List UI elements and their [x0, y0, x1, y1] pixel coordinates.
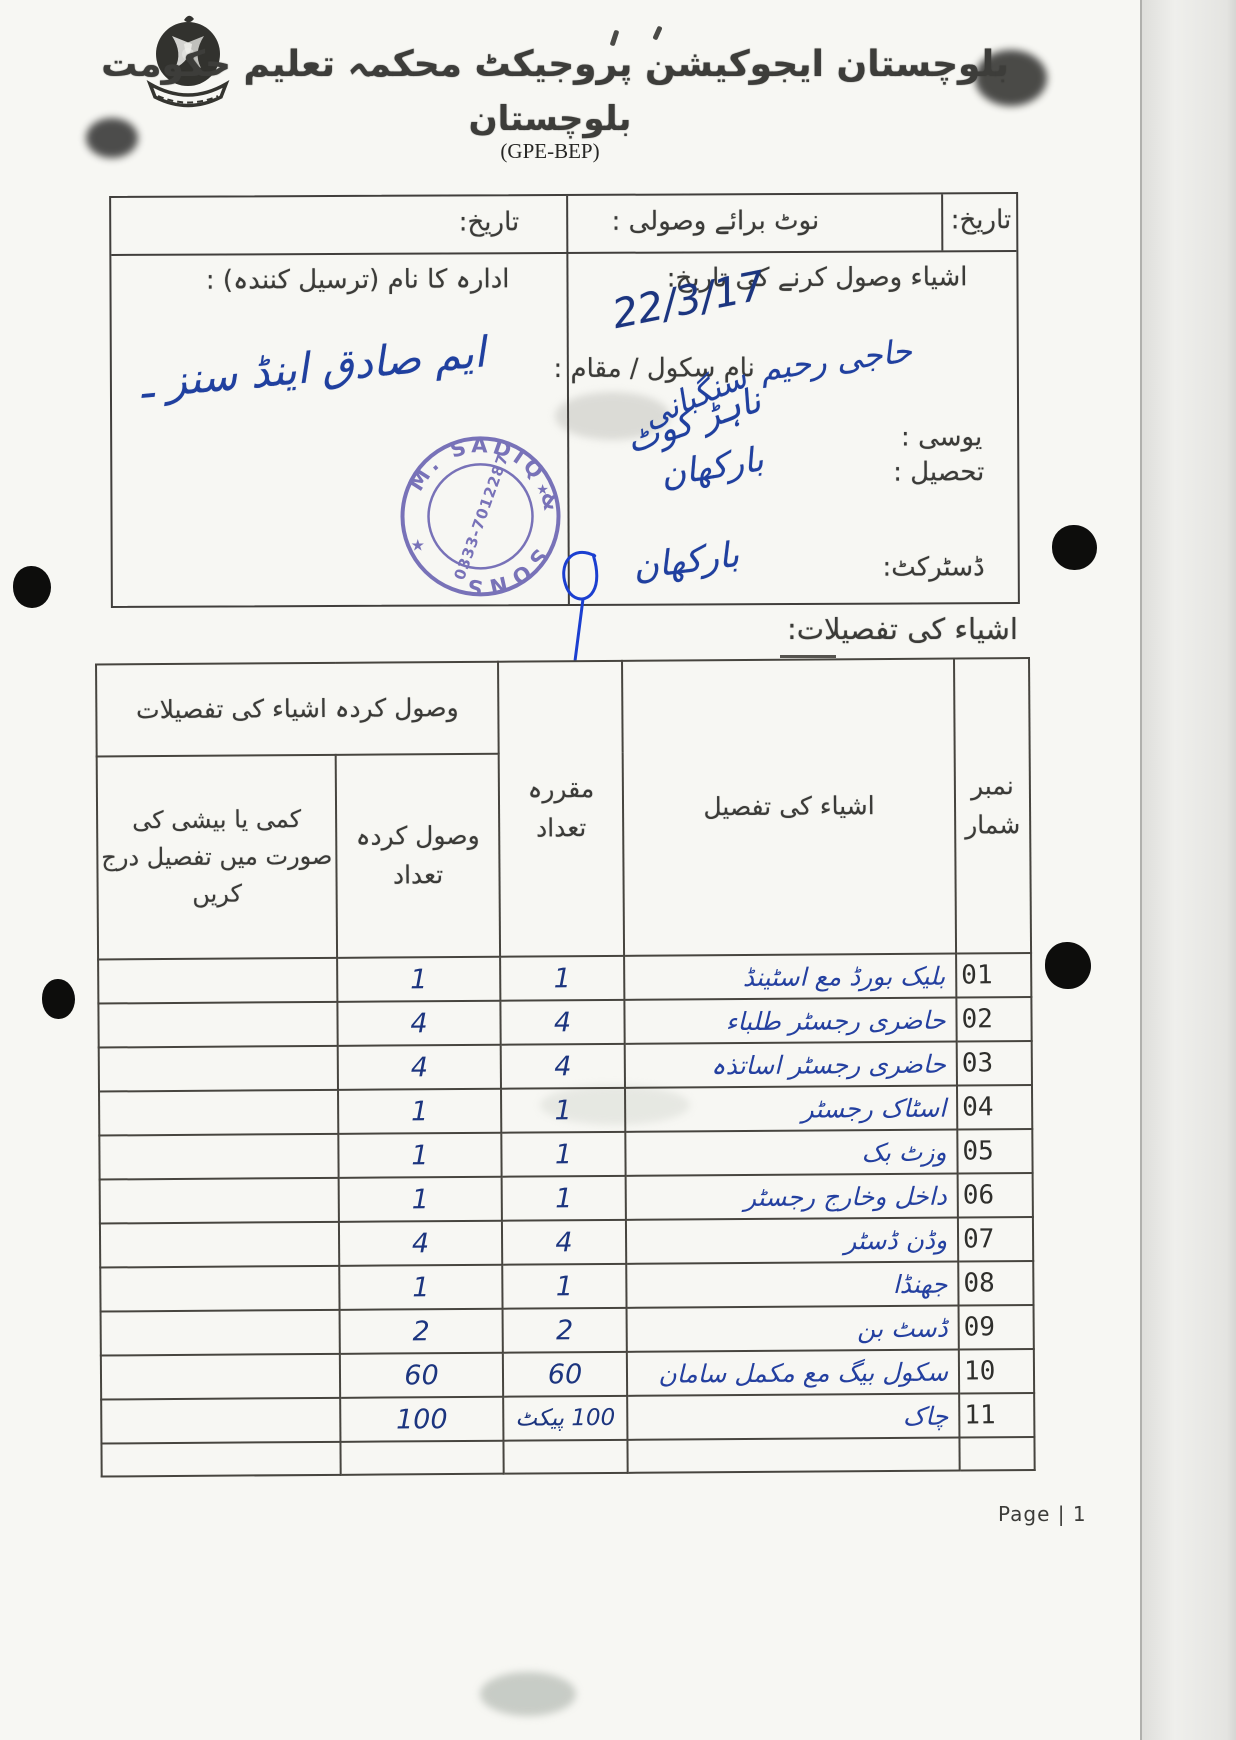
received-qty-value: 4: [339, 1221, 502, 1266]
note-value: [100, 1266, 339, 1312]
item-name-handwritten: بلیک بورڈ مع اسٹینڈ: [624, 954, 956, 1000]
note-value: [101, 1310, 340, 1356]
header-received-qty: وصول کردہ تعداد: [336, 754, 500, 958]
serial-number: 09: [959, 1305, 1034, 1350]
received-qty-value: 60: [340, 1353, 503, 1398]
corner-date-label: تاریخ:: [947, 205, 1011, 235]
serial-number: 04: [957, 1085, 1032, 1130]
pen-scribble-mark: [551, 542, 616, 664]
sender-label: ادارہ کا نام (ترسیل کنندہ) :: [169, 260, 509, 300]
serial-number: 05: [957, 1129, 1032, 1174]
serial-number: 08: [958, 1261, 1033, 1306]
fixed-qty-value: 1: [500, 956, 624, 1001]
sadiq-and-sons-stamp: M. SADIQ & SONS 0333-7012287 ★ ★: [394, 430, 567, 603]
serial-number: [959, 1437, 1034, 1471]
header-received-group: وصول کردہ اشیاء کی تفصیلات: [96, 662, 499, 757]
item-name-handwritten: وڈن ڈسٹر: [626, 1218, 958, 1264]
uc-label: یوسی :: [890, 422, 982, 452]
received-qty-value: [340, 1441, 503, 1475]
fixed-qty-value: 1: [501, 1132, 625, 1177]
serial-number: 02: [956, 997, 1031, 1042]
punch-hole-dot: [13, 566, 51, 608]
district-label: ڈسٹرکٹ:: [845, 552, 985, 583]
serial-number: 07: [958, 1217, 1033, 1262]
stamp-star-left: ★: [411, 536, 425, 555]
header-serial: نمبر شمار: [954, 658, 1031, 954]
sender-handwritten: ایم صادق اینڈ سنز ـ: [138, 327, 487, 407]
table-row: 1 1 جھنڈا 08: [100, 1261, 1033, 1312]
received-qty-value: 4: [337, 1001, 500, 1046]
document-title-line2: بلوچستان: [400, 99, 700, 139]
note-value: [99, 1046, 338, 1092]
table-row: 100 100 پیکٹ چاک 11: [101, 1393, 1034, 1444]
received-qty-value: 1: [338, 1089, 501, 1134]
item-name-handwritten: سکول بیگ مع مکمل سامان: [627, 1350, 959, 1396]
table-row-empty: [101, 1437, 1034, 1477]
table-row: 4 4 حاضری رجسٹر طلباء 02: [98, 997, 1031, 1048]
note-value: [100, 1178, 339, 1224]
received-qty-value: 1: [339, 1177, 502, 1222]
punch-hole-dot: [1045, 942, 1091, 989]
fixed-qty-value: 1: [502, 1264, 626, 1309]
stray-mark: [652, 26, 662, 41]
school-name-handwritten-1: حاجی رحیم: [758, 331, 914, 388]
note-value: [99, 1090, 338, 1136]
item-name-handwritten: وزٹ بک: [625, 1130, 957, 1176]
scan-edge-band: [1142, 0, 1236, 1740]
note-value: [99, 1134, 338, 1180]
page-number-label: Page | 1: [998, 1502, 1087, 1526]
table-row: 60 60 سکول بیگ مع مکمل سامان 10: [101, 1349, 1034, 1400]
table-row: 1 1 اسٹاک رجسٹر 04: [99, 1085, 1032, 1136]
note-value: [101, 1442, 340, 1477]
scanned-document-page: بلوچستان ایجوکیشن پروجیکٹ محکمہ تعلیم حک…: [0, 0, 1236, 1740]
info-row-divider: [111, 250, 1016, 256]
fixed-qty-value: 4: [501, 1044, 625, 1089]
serial-number: 10: [959, 1349, 1034, 1394]
received-qty-value: 1: [339, 1265, 502, 1310]
receipt-note-info-table: تاریخ: نوٹ برائے وصولی : تاریخ: اشیاء وص…: [109, 192, 1020, 608]
items-section-heading: اشیاء کی تفصیلات:: [640, 612, 1018, 646]
table-row: 1 1 وزٹ بک 05: [99, 1129, 1032, 1180]
stamp-star-right: ★: [536, 482, 549, 498]
header-fixed-qty: مقررہ تعداد: [498, 661, 624, 957]
left-date-label: تاریخ:: [429, 207, 519, 237]
fixed-qty-value: 2: [503, 1308, 627, 1353]
table-row: 4 4 حاضری رجسٹر اساتذہ 03: [99, 1041, 1032, 1092]
note-value: [100, 1222, 339, 1268]
item-name-handwritten: حاضری رجسٹر اساتذہ: [625, 1042, 957, 1088]
header-item-detail: اشیاء کی تفصیل: [622, 659, 956, 956]
table-row: 1 1 بلیک بورڈ مع اسٹینڈ 01: [98, 953, 1031, 1004]
table-row: 2 2 ڈسٹ بن 09: [101, 1305, 1034, 1356]
header-shortage-note: کمی یا بیشی کی صورت میں تفصیل درج کریں: [97, 755, 337, 960]
item-name-handwritten: اسٹاک رجسٹر: [625, 1086, 957, 1132]
fixed-qty-value: 1: [502, 1176, 626, 1221]
pencil-smudge: [480, 1672, 576, 1716]
fixed-qty-value: 4: [500, 1000, 624, 1045]
received-qty-value: 2: [340, 1309, 503, 1354]
received-qty-value: 100: [340, 1397, 503, 1442]
scan-fold-line: [1140, 0, 1142, 1740]
note-value: [101, 1354, 340, 1400]
items-table: وصول کردہ اشیاء کی تفصیلات مقررہ تعداد ا…: [95, 657, 1036, 1478]
item-name-handwritten: ڈسٹ بن: [627, 1306, 959, 1352]
serial-number: 11: [959, 1393, 1034, 1438]
table-row: 4 4 وڈن ڈسٹر 07: [100, 1217, 1033, 1268]
serial-number: 03: [957, 1041, 1032, 1086]
info-date-cell-divider: [941, 194, 943, 250]
item-name-handwritten: چاک: [627, 1394, 959, 1440]
fixed-qty-value: 60: [503, 1352, 627, 1397]
serial-number: 01: [956, 953, 1031, 998]
ink-smudge: [86, 118, 138, 158]
received-qty-value: 4: [338, 1045, 501, 1090]
items-table-wrapper: وصول کردہ اشیاء کی تفصیلات مقررہ تعداد ا…: [95, 657, 1036, 1478]
note-value: [98, 1002, 337, 1048]
note-title: نوٹ برائے وصولی :: [589, 206, 819, 237]
note-value: [98, 958, 337, 1004]
note-value: [101, 1398, 340, 1444]
item-name-handwritten: [627, 1438, 959, 1473]
item-name-handwritten: داخل وخارج رجسٹر: [626, 1174, 958, 1220]
fixed-qty-value: 1: [501, 1088, 625, 1133]
fixed-qty-value: [503, 1440, 627, 1474]
received-qty-value: 1: [337, 957, 500, 1002]
item-name-handwritten: حاضری رجسٹر طلباء: [624, 998, 956, 1044]
fixed-qty-value: 100 پیکٹ: [503, 1396, 627, 1441]
received-qty-value: 1: [338, 1133, 501, 1178]
punch-hole-dot: [42, 979, 75, 1019]
punch-hole-dot: [1052, 525, 1097, 570]
document-title-line1: بلوچستان ایجوکیشن پروجیکٹ محکمہ تعلیم حک…: [60, 44, 1050, 85]
serial-number: 06: [958, 1173, 1033, 1218]
tehsil-label: تحصیل :: [880, 457, 984, 487]
fixed-qty-value: 4: [502, 1220, 626, 1265]
document-acronym: (GPE-BEP): [420, 139, 680, 164]
table-row: 1 1 داخل وخارج رجسٹر 06: [100, 1173, 1033, 1224]
item-name-handwritten: جھنڈا: [626, 1262, 958, 1308]
district-handwritten: بارکھان: [631, 535, 742, 588]
